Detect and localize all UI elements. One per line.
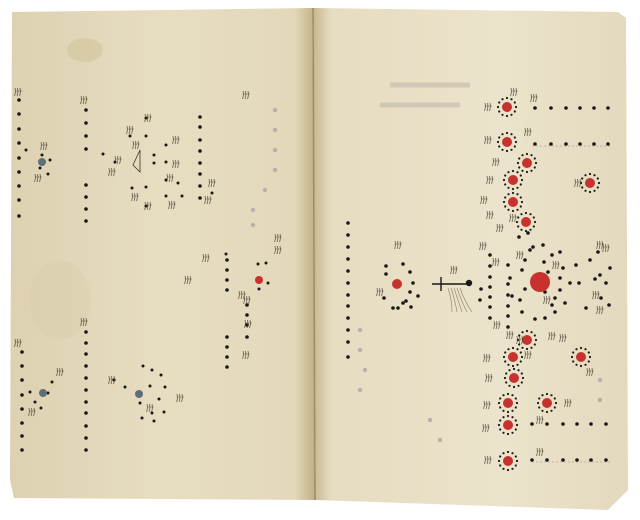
ring-dot	[501, 133, 503, 135]
star-dot	[592, 106, 596, 110]
ring-dot	[497, 141, 499, 143]
ring-dot	[584, 364, 586, 366]
ring-dot	[534, 157, 536, 159]
ring-dot	[517, 216, 519, 218]
star-dot	[84, 376, 88, 380]
star-dot	[84, 330, 88, 334]
star-dot	[578, 142, 582, 146]
ring-dot	[521, 179, 523, 181]
ring-dot	[518, 157, 520, 159]
star-dot	[558, 276, 562, 280]
ring-dot	[580, 365, 582, 367]
ring-dot	[502, 410, 504, 412]
bleed-through-dot	[273, 128, 277, 132]
star-dot	[20, 393, 24, 397]
ring-dot	[535, 162, 537, 164]
ring-dot	[589, 356, 591, 358]
star-dot	[401, 262, 405, 266]
star-dot	[225, 278, 229, 282]
star-dot	[20, 364, 24, 368]
ring-dot	[515, 464, 517, 466]
ring-dot	[516, 402, 518, 404]
star-dot	[20, 421, 24, 425]
star-dot	[84, 121, 88, 125]
ring-dot	[575, 364, 577, 366]
star-dot	[346, 355, 350, 359]
star-dot	[160, 374, 163, 377]
ring-dot	[575, 348, 577, 350]
star-dot	[488, 285, 492, 289]
star-dot	[84, 448, 88, 452]
star-dot	[198, 161, 202, 165]
ring-dot	[514, 110, 516, 112]
star-dot	[49, 159, 52, 162]
ring-dot	[504, 360, 506, 362]
star-dot	[346, 293, 350, 297]
star-dot	[488, 316, 492, 320]
ring-dot	[581, 177, 583, 179]
bleed-through-dot	[598, 398, 602, 402]
star-dot	[258, 288, 261, 291]
ring-dot	[498, 424, 500, 426]
star-dot	[225, 258, 229, 262]
bleed-through-dot	[273, 108, 277, 112]
ring-dot	[515, 419, 517, 421]
star-dot	[506, 282, 510, 286]
ring-dot	[512, 192, 514, 194]
bleed-through-dot	[251, 208, 255, 212]
ring-dot	[499, 464, 501, 466]
star-dot	[523, 258, 527, 262]
ring-dot	[502, 416, 504, 418]
ring-dot	[516, 187, 518, 189]
red-star	[508, 175, 518, 185]
star-dot	[181, 195, 184, 198]
star-dot	[598, 273, 602, 277]
star-dot	[265, 262, 268, 265]
ring-dot	[498, 136, 500, 138]
ring-dot	[516, 460, 518, 462]
ring-dot	[502, 432, 504, 434]
ring-dot	[503, 201, 505, 203]
gray-star	[38, 158, 46, 166]
ring-dot	[506, 115, 508, 117]
ring-dot	[513, 368, 515, 370]
ring-dot	[502, 468, 504, 470]
ring-dot	[504, 205, 506, 207]
star-dot	[575, 422, 579, 426]
ring-dot	[511, 452, 513, 454]
ring-dot	[515, 397, 517, 399]
star-dot	[198, 172, 202, 176]
ring-dot	[512, 188, 514, 190]
star-dot	[574, 263, 578, 267]
ring-dot	[520, 174, 522, 176]
ring-dot	[498, 145, 500, 147]
ring-dot	[502, 452, 504, 454]
star-dot	[409, 305, 413, 309]
ring-dot	[515, 455, 517, 457]
star-dot	[488, 295, 492, 299]
star-dot	[520, 310, 524, 314]
ring-dot	[530, 154, 532, 156]
ring-dot	[515, 406, 517, 408]
ring-dot	[530, 347, 532, 349]
star-dot	[599, 296, 603, 300]
ring-dot	[505, 372, 507, 374]
star-dot	[543, 316, 547, 320]
ring-dot	[538, 406, 540, 408]
ring-dot	[520, 196, 522, 198]
star-dot	[523, 287, 527, 291]
ring-dot	[513, 386, 515, 388]
star-dot	[382, 296, 386, 300]
ring-dot	[534, 334, 536, 336]
ring-dot	[512, 365, 514, 367]
left-page	[10, 8, 316, 500]
red-star	[508, 197, 518, 207]
ring-dot	[501, 98, 503, 100]
ring-dot	[501, 149, 503, 151]
star-dot	[416, 294, 420, 298]
star-dot	[131, 187, 134, 190]
star-dot	[346, 257, 350, 261]
star-dot	[39, 167, 42, 170]
ring-dot	[572, 351, 574, 353]
ring-dot	[525, 212, 527, 214]
ring-dot	[506, 150, 508, 152]
ring-dot	[546, 411, 548, 413]
star-dot	[142, 365, 145, 368]
ring-dot	[534, 166, 536, 168]
ring-dot	[541, 410, 543, 412]
star-dot	[533, 106, 537, 110]
paper-stain	[67, 38, 103, 62]
ring-dot	[521, 201, 523, 203]
ring-dot	[504, 351, 506, 353]
star-dot	[17, 156, 21, 160]
star-dot	[47, 173, 50, 176]
star-dot	[225, 365, 229, 369]
star-dot	[404, 299, 408, 303]
star-dot	[589, 422, 593, 426]
star-dot	[225, 355, 229, 359]
star-dot	[604, 458, 608, 462]
ring-dot	[593, 190, 595, 192]
ring-dot	[521, 154, 523, 156]
star-dot	[510, 294, 514, 298]
ring-dot	[584, 348, 586, 350]
star-dot	[17, 184, 21, 188]
star-dot	[488, 253, 492, 257]
ring-dot	[554, 406, 556, 408]
star-dot	[584, 306, 588, 310]
star-dot	[545, 422, 549, 426]
star-dot	[549, 106, 553, 110]
star-dot	[506, 293, 510, 297]
star-dot	[542, 260, 546, 264]
star-dot	[391, 306, 395, 310]
red-star	[521, 217, 531, 227]
star-dot	[25, 149, 28, 152]
star-chart-spread	[0, 0, 640, 520]
ring-dot	[516, 348, 518, 350]
star-dot	[17, 170, 21, 174]
ring-dot	[507, 451, 509, 453]
ring-dot	[597, 186, 599, 188]
ring-dot	[507, 364, 509, 366]
star-dot	[165, 161, 168, 164]
star-dot	[84, 411, 88, 415]
ring-dot	[507, 433, 509, 435]
paper-stain	[30, 260, 90, 340]
ring-dot	[514, 101, 516, 103]
star-dot	[408, 270, 412, 274]
ring-dot	[507, 209, 509, 211]
ring-dot	[533, 216, 535, 218]
star-dot	[17, 141, 21, 145]
ring-dot	[498, 460, 500, 462]
ring-dot	[589, 191, 591, 193]
comet-head	[466, 280, 472, 286]
ring-dot	[510, 149, 512, 151]
ring-dot	[526, 330, 528, 332]
red-star	[585, 178, 595, 188]
star-dot	[411, 281, 415, 285]
star-dot	[506, 314, 510, 318]
red-star	[503, 456, 513, 466]
ring-dot	[516, 221, 518, 223]
ring-dot	[534, 221, 536, 223]
ring-dot	[521, 356, 523, 358]
star-dot	[488, 275, 492, 279]
ring-dot	[535, 339, 537, 341]
ring-dot	[521, 331, 523, 333]
ring-dot	[571, 356, 573, 358]
star-dot	[84, 400, 88, 404]
star-dot	[17, 214, 21, 218]
star-dot	[607, 303, 611, 307]
ring-dot	[516, 209, 518, 211]
ring-dot	[520, 213, 522, 215]
star-dot	[396, 306, 400, 310]
ring-dot	[520, 360, 522, 362]
ring-dot	[503, 179, 505, 181]
star-dot	[346, 245, 350, 249]
star-dot	[163, 411, 166, 414]
star-dot	[84, 219, 88, 223]
star-dot	[257, 263, 260, 266]
star-dot	[568, 281, 572, 285]
star-dot	[153, 162, 156, 165]
star-dot	[518, 298, 522, 302]
ring-dot	[499, 397, 501, 399]
star-dot	[102, 153, 105, 156]
star-dot	[384, 264, 388, 268]
ring-dot	[518, 166, 520, 168]
star-dot	[225, 335, 229, 339]
star-dot	[245, 335, 249, 339]
star-dot	[533, 142, 537, 146]
star-dot	[506, 325, 510, 329]
star-dot	[165, 144, 168, 147]
bleed-through-dot	[428, 418, 432, 422]
star-dot	[84, 134, 88, 138]
star-dot	[51, 381, 54, 384]
star-dot	[545, 458, 549, 462]
star-dot	[506, 263, 510, 267]
bleed-through-dot	[358, 348, 362, 352]
ring-dot	[517, 369, 519, 371]
star-dot	[84, 195, 88, 199]
star-dot	[508, 276, 512, 280]
ring-dot	[504, 377, 506, 379]
star-dot	[564, 142, 568, 146]
star-dot	[596, 250, 600, 254]
star-dot	[153, 420, 156, 423]
star-dot	[553, 296, 557, 300]
ring-dot	[521, 372, 523, 374]
red-star	[503, 398, 513, 408]
ring-dot	[546, 393, 548, 395]
ring-dot	[584, 190, 586, 192]
ring-dot	[498, 402, 500, 404]
ring-dot	[521, 381, 523, 383]
ring-dot	[510, 98, 512, 100]
manuscript-photo	[0, 0, 640, 520]
star-dot	[267, 282, 270, 285]
red-star	[392, 279, 402, 289]
ring-dot	[504, 183, 506, 185]
ring-dot	[598, 182, 600, 184]
gray-star	[39, 389, 47, 397]
star-dot	[606, 106, 610, 110]
ring-dot	[588, 351, 590, 353]
ring-dot	[530, 331, 532, 333]
red-star	[503, 420, 513, 430]
ring-dot	[515, 428, 517, 430]
ring-dot	[516, 424, 518, 426]
star-dot	[84, 183, 88, 187]
star-dot	[563, 301, 567, 305]
ring-dot	[498, 110, 500, 112]
star-dot	[561, 266, 565, 270]
red-star	[576, 352, 586, 362]
star-dot	[84, 108, 88, 112]
ring-dot	[525, 230, 527, 232]
star-dot	[530, 422, 534, 426]
bleed-through-dot	[598, 378, 602, 382]
bleed-through-dot	[438, 438, 442, 442]
ring-dot	[520, 351, 522, 353]
bleed-through-dot	[263, 188, 267, 192]
red-star	[502, 137, 512, 147]
star-dot	[346, 340, 350, 344]
ring-dot	[506, 132, 508, 134]
ring-dot	[514, 145, 516, 147]
ring-dot	[522, 377, 524, 379]
star-dot	[604, 281, 608, 285]
star-dot	[34, 401, 37, 404]
star-dot	[533, 317, 537, 321]
ring-dot	[499, 406, 501, 408]
star-dot	[198, 125, 202, 129]
ring-dot	[514, 136, 516, 138]
red-star	[530, 272, 550, 292]
star-dot	[139, 402, 142, 405]
ring-dot	[529, 213, 531, 215]
star-dot	[578, 106, 582, 110]
star-dot	[153, 154, 156, 157]
ring-dot	[520, 183, 522, 185]
red-star	[509, 373, 519, 383]
star-dot	[84, 341, 88, 345]
red-star	[522, 335, 532, 345]
ring-dot	[502, 394, 504, 396]
star-dot	[17, 127, 21, 131]
star-dot	[149, 385, 152, 388]
star-dot	[561, 422, 565, 426]
star-dot	[84, 147, 88, 151]
star-dot	[20, 378, 24, 382]
star-dot	[84, 388, 88, 392]
star-dot	[346, 233, 350, 237]
ring-dot	[580, 347, 582, 349]
ring-dot	[504, 196, 506, 198]
star-dot	[593, 277, 597, 281]
star-dot	[588, 258, 592, 262]
star-dot	[346, 316, 350, 320]
star-dot	[198, 115, 202, 119]
ring-dot	[507, 393, 509, 395]
red-star	[508, 352, 518, 362]
star-dot	[145, 186, 148, 189]
star-dot	[589, 458, 593, 462]
star-dot	[553, 310, 557, 314]
star-dot	[478, 298, 482, 302]
star-dot	[346, 221, 350, 225]
star-dot	[84, 436, 88, 440]
ring-dot	[507, 193, 509, 195]
ring-dot	[515, 106, 517, 108]
star-dot	[151, 412, 154, 415]
star-dot	[564, 106, 568, 110]
star-dot	[608, 266, 612, 270]
star-dot	[20, 448, 24, 452]
star-dot	[577, 281, 581, 285]
star-dot	[84, 352, 88, 356]
star-dot	[346, 281, 350, 285]
ring-dot	[530, 170, 532, 172]
ring-dot	[499, 455, 501, 457]
star-dot	[558, 250, 562, 254]
star-dot	[198, 196, 202, 200]
ring-dot	[508, 385, 510, 387]
ring-dot	[550, 410, 552, 412]
ring-dot	[512, 347, 514, 349]
ring-dot	[517, 225, 519, 227]
ring-dot	[511, 416, 513, 418]
star-dot	[245, 313, 249, 317]
ring-dot	[550, 394, 552, 396]
ring-dot	[512, 210, 514, 212]
star-dot	[408, 290, 412, 294]
ring-dot	[526, 171, 528, 173]
red-star	[255, 276, 263, 284]
ring-dot	[506, 97, 508, 99]
star-dot	[164, 386, 167, 389]
ring-dot	[511, 394, 513, 396]
